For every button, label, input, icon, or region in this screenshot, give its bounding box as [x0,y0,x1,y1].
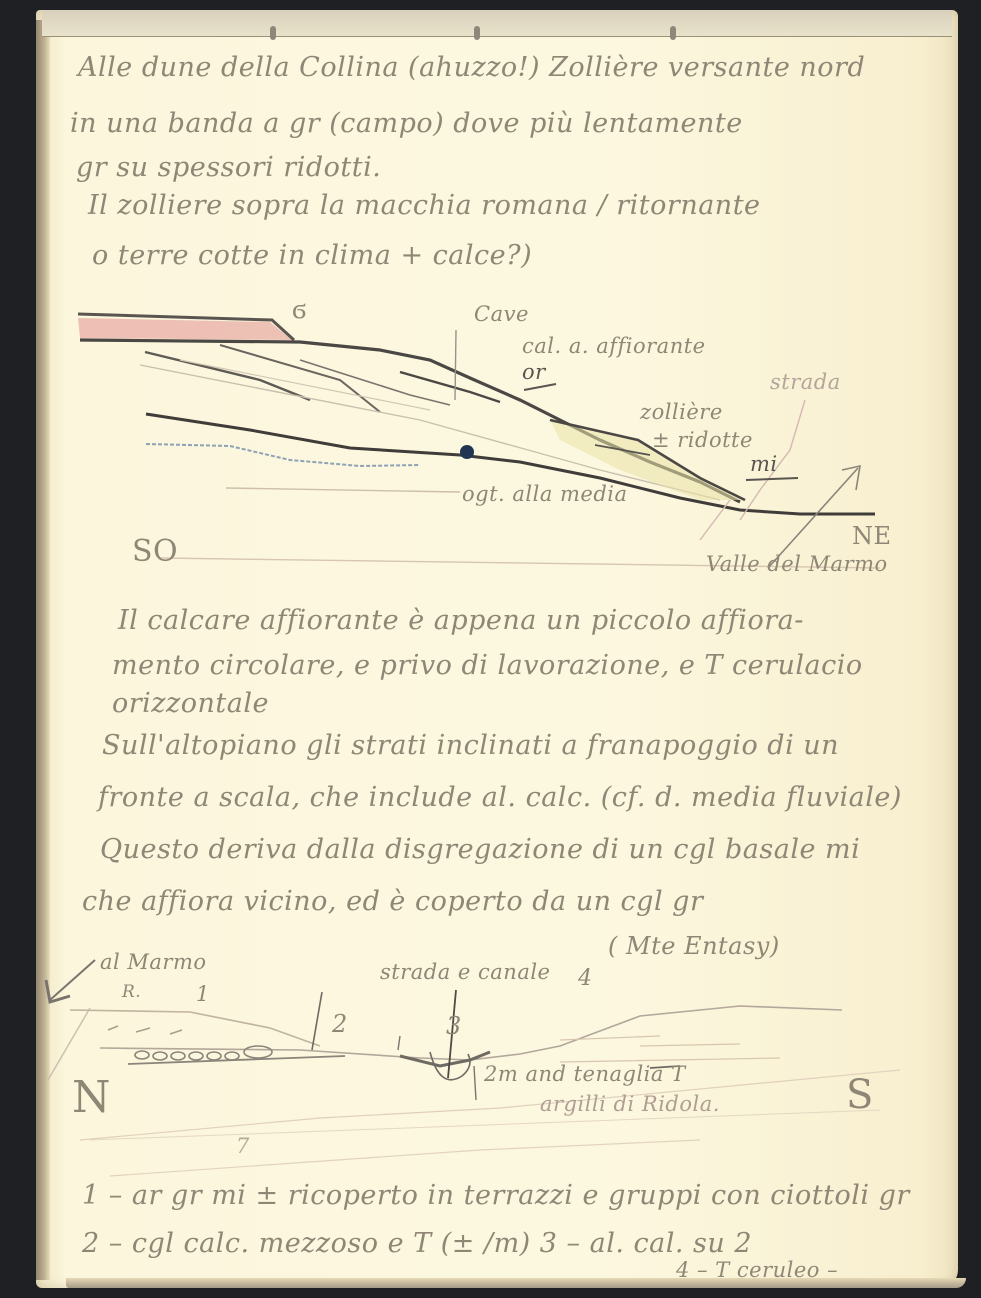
cross-section-sketch-lower [0,0,981,1298]
sketch-label-valle: al Marmo [100,950,207,974]
layer-number-2: 2 [332,1010,348,1038]
legend-line: 1 – ar gr mi ± ricoperto in terrazzi e g… [82,1180,910,1211]
sketch-note-2: argilli di Ridola. [540,1092,720,1116]
direction-label-south: S [846,1072,874,1118]
legend-line: 2 – cgl calc. mezzoso e T (± /m) 3 – al.… [82,1228,752,1259]
sketch-label-mte: ( Mte Entasy) [608,932,780,960]
direction-label-north: N [72,1072,111,1123]
sketch-note-1: 2m and tenaglia T [484,1062,686,1086]
layer-number-4: 4 [578,966,593,991]
sketch-label-strada: strada e canale [380,960,551,984]
legend-line: 4 – T ceruleo – [676,1258,838,1282]
sketch-label-r: R. [122,982,141,1002]
sketch-label-seven: 7 [236,1134,250,1158]
layer-number-3: 3 [446,1012,462,1040]
layer-number-1: 1 [196,982,210,1006]
